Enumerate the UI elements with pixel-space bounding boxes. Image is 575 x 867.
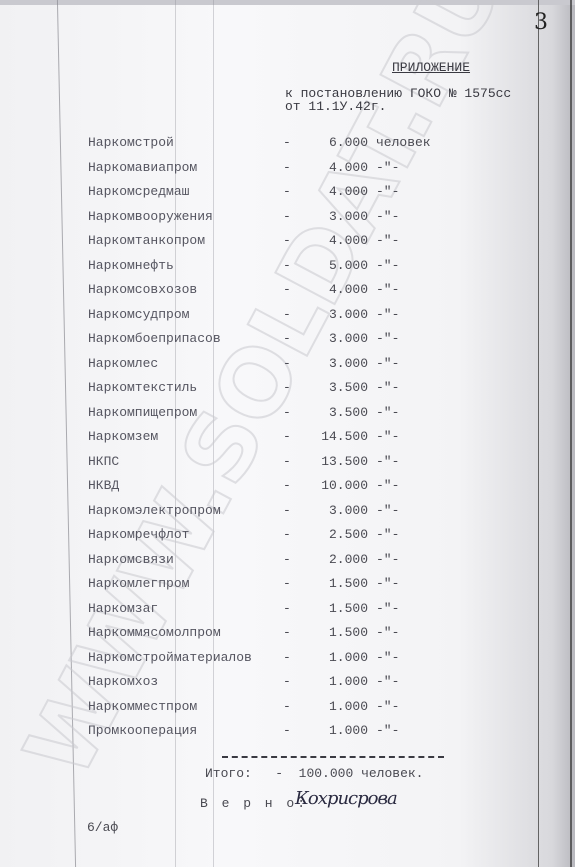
item-unit: -"- bbox=[376, 650, 399, 665]
item-value: 10.000 bbox=[308, 478, 368, 493]
item-name: Наркомсвязи bbox=[88, 552, 174, 567]
total-value: 100.000 bbox=[299, 766, 354, 781]
item-value: 3.000 bbox=[308, 307, 368, 322]
item-unit: -"- bbox=[376, 307, 399, 322]
item-dash: - bbox=[283, 135, 291, 150]
item-name: Наркомхоз bbox=[88, 674, 158, 689]
item-value: 4.000 bbox=[308, 184, 368, 199]
item-name: Наркомавиапром bbox=[88, 160, 197, 175]
item-dash: - bbox=[283, 380, 291, 395]
item-value: 3.000 bbox=[308, 209, 368, 224]
item-dash: - bbox=[283, 282, 291, 297]
item-value: 6.000 bbox=[308, 135, 368, 150]
total-line: Итого: - 100.000 человек. bbox=[205, 766, 423, 781]
item-unit: -"- bbox=[376, 723, 399, 738]
item-unit: -"- bbox=[376, 429, 399, 444]
footer-code: 6/аф bbox=[87, 820, 118, 835]
item-value: 2.500 bbox=[308, 527, 368, 542]
item-dash: - bbox=[283, 356, 291, 371]
item-name: Наркомпищепром bbox=[88, 405, 197, 420]
item-name: Наркоммясомолпром bbox=[88, 625, 221, 640]
item-name: Наркомсовхозов bbox=[88, 282, 197, 297]
item-unit: -"- bbox=[376, 527, 399, 542]
decree-date: от 11.1У.42г. bbox=[285, 99, 386, 114]
item-value: 1.500 bbox=[308, 576, 368, 591]
appendix-title: ПРИЛОЖЕНИЕ bbox=[392, 60, 470, 75]
item-dash: - bbox=[283, 429, 291, 444]
item-value: 5.000 bbox=[308, 258, 368, 273]
item-value: 4.000 bbox=[308, 233, 368, 248]
item-value: 3.000 bbox=[308, 356, 368, 371]
total-dash: - bbox=[275, 766, 283, 781]
item-dash: - bbox=[283, 454, 291, 469]
item-unit: -"- bbox=[376, 674, 399, 689]
item-unit: -"- bbox=[376, 331, 399, 346]
item-value: 3.000 bbox=[308, 503, 368, 518]
item-dash: - bbox=[283, 576, 291, 591]
item-value: 3.500 bbox=[308, 405, 368, 420]
item-unit: -"- bbox=[376, 576, 399, 591]
item-value: 1.000 bbox=[308, 723, 368, 738]
item-name: Наркомлес bbox=[88, 356, 158, 371]
item-value: 4.000 bbox=[308, 160, 368, 175]
item-dash: - bbox=[283, 160, 291, 175]
item-unit: -"- bbox=[376, 625, 399, 640]
item-unit: -"- bbox=[376, 380, 399, 395]
item-dash: - bbox=[283, 699, 291, 714]
scan-edge bbox=[0, 0, 575, 5]
item-name: Наркомстройматериалов bbox=[88, 650, 252, 665]
fold-line bbox=[57, 0, 76, 867]
item-value: 3.500 bbox=[308, 380, 368, 395]
item-name: Наркомлегпром bbox=[88, 576, 189, 591]
item-dash: - bbox=[283, 307, 291, 322]
page-number: 3 bbox=[534, 10, 548, 35]
item-unit: -"- bbox=[376, 282, 399, 297]
fold-line bbox=[538, 0, 539, 867]
item-unit: -"- bbox=[376, 699, 399, 714]
item-unit: -"- bbox=[376, 209, 399, 224]
item-unit: -"- bbox=[376, 160, 399, 175]
item-name: Наркомместпром bbox=[88, 699, 197, 714]
fold-line bbox=[213, 0, 214, 867]
item-value: 4.000 bbox=[308, 282, 368, 297]
item-name: Промкооперация bbox=[88, 723, 197, 738]
item-name: Наркомтекстиль bbox=[88, 380, 197, 395]
item-dash: - bbox=[283, 331, 291, 346]
item-name: НКПС bbox=[88, 454, 119, 469]
item-value: 13.500 bbox=[308, 454, 368, 469]
item-dash: - bbox=[283, 552, 291, 567]
item-dash: - bbox=[283, 405, 291, 420]
item-value: 1.000 bbox=[308, 650, 368, 665]
item-dash: - bbox=[283, 503, 291, 518]
item-value: 1.500 bbox=[308, 601, 368, 616]
item-name: Наркомзаг bbox=[88, 601, 158, 616]
item-dash: - bbox=[283, 527, 291, 542]
item-dash: - bbox=[283, 723, 291, 738]
item-unit: -"- bbox=[376, 258, 399, 273]
item-dash: - bbox=[283, 478, 291, 493]
item-dash: - bbox=[283, 184, 291, 199]
document-page: WWW.SOLDAT.RU 3 ПРИЛОЖЕНИЕ к постановлен… bbox=[0, 0, 575, 867]
item-unit: -"- bbox=[376, 503, 399, 518]
item-dash: - bbox=[283, 674, 291, 689]
item-name: Наркомзем bbox=[88, 429, 158, 444]
total-divider bbox=[222, 756, 444, 758]
item-name: Наркомбоеприпасов bbox=[88, 331, 221, 346]
item-dash: - bbox=[283, 233, 291, 248]
item-value: 1.000 bbox=[308, 674, 368, 689]
certified-label: В е р н о: bbox=[200, 796, 308, 811]
item-value: 1.000 bbox=[308, 699, 368, 714]
item-unit: человек bbox=[376, 135, 431, 150]
total-unit: человек. bbox=[361, 766, 423, 781]
item-name: Наркомвооружения bbox=[88, 209, 213, 224]
item-unit: -"- bbox=[376, 478, 399, 493]
item-unit: -"- bbox=[376, 601, 399, 616]
item-name: Наркомречфлот bbox=[88, 527, 189, 542]
page-edge bbox=[570, 0, 572, 867]
item-dash: - bbox=[283, 601, 291, 616]
item-value: 14.500 bbox=[308, 429, 368, 444]
item-value: 3.000 bbox=[308, 331, 368, 346]
item-unit: -"- bbox=[376, 184, 399, 199]
item-dash: - bbox=[283, 209, 291, 224]
item-unit: -"- bbox=[376, 233, 399, 248]
total-label: Итого: bbox=[205, 766, 252, 781]
item-name: Наркомстрой bbox=[88, 135, 174, 150]
item-dash: - bbox=[283, 258, 291, 273]
item-unit: -"- bbox=[376, 405, 399, 420]
item-name: Наркомсудпром bbox=[88, 307, 189, 322]
item-name: Наркомтанкопром bbox=[88, 233, 205, 248]
item-name: Наркомэлектропром bbox=[88, 503, 221, 518]
item-dash: - bbox=[283, 650, 291, 665]
item-name: Наркомсредмаш bbox=[88, 184, 189, 199]
item-name: НКВД bbox=[88, 478, 119, 493]
item-value: 1.500 bbox=[308, 625, 368, 640]
item-name: Наркомнефть bbox=[88, 258, 174, 273]
item-unit: -"- bbox=[376, 356, 399, 371]
item-value: 2.000 bbox=[308, 552, 368, 567]
signature: Кохрисрова bbox=[295, 788, 397, 809]
item-dash: - bbox=[283, 625, 291, 640]
item-unit: -"- bbox=[376, 454, 399, 469]
item-unit: -"- bbox=[376, 552, 399, 567]
